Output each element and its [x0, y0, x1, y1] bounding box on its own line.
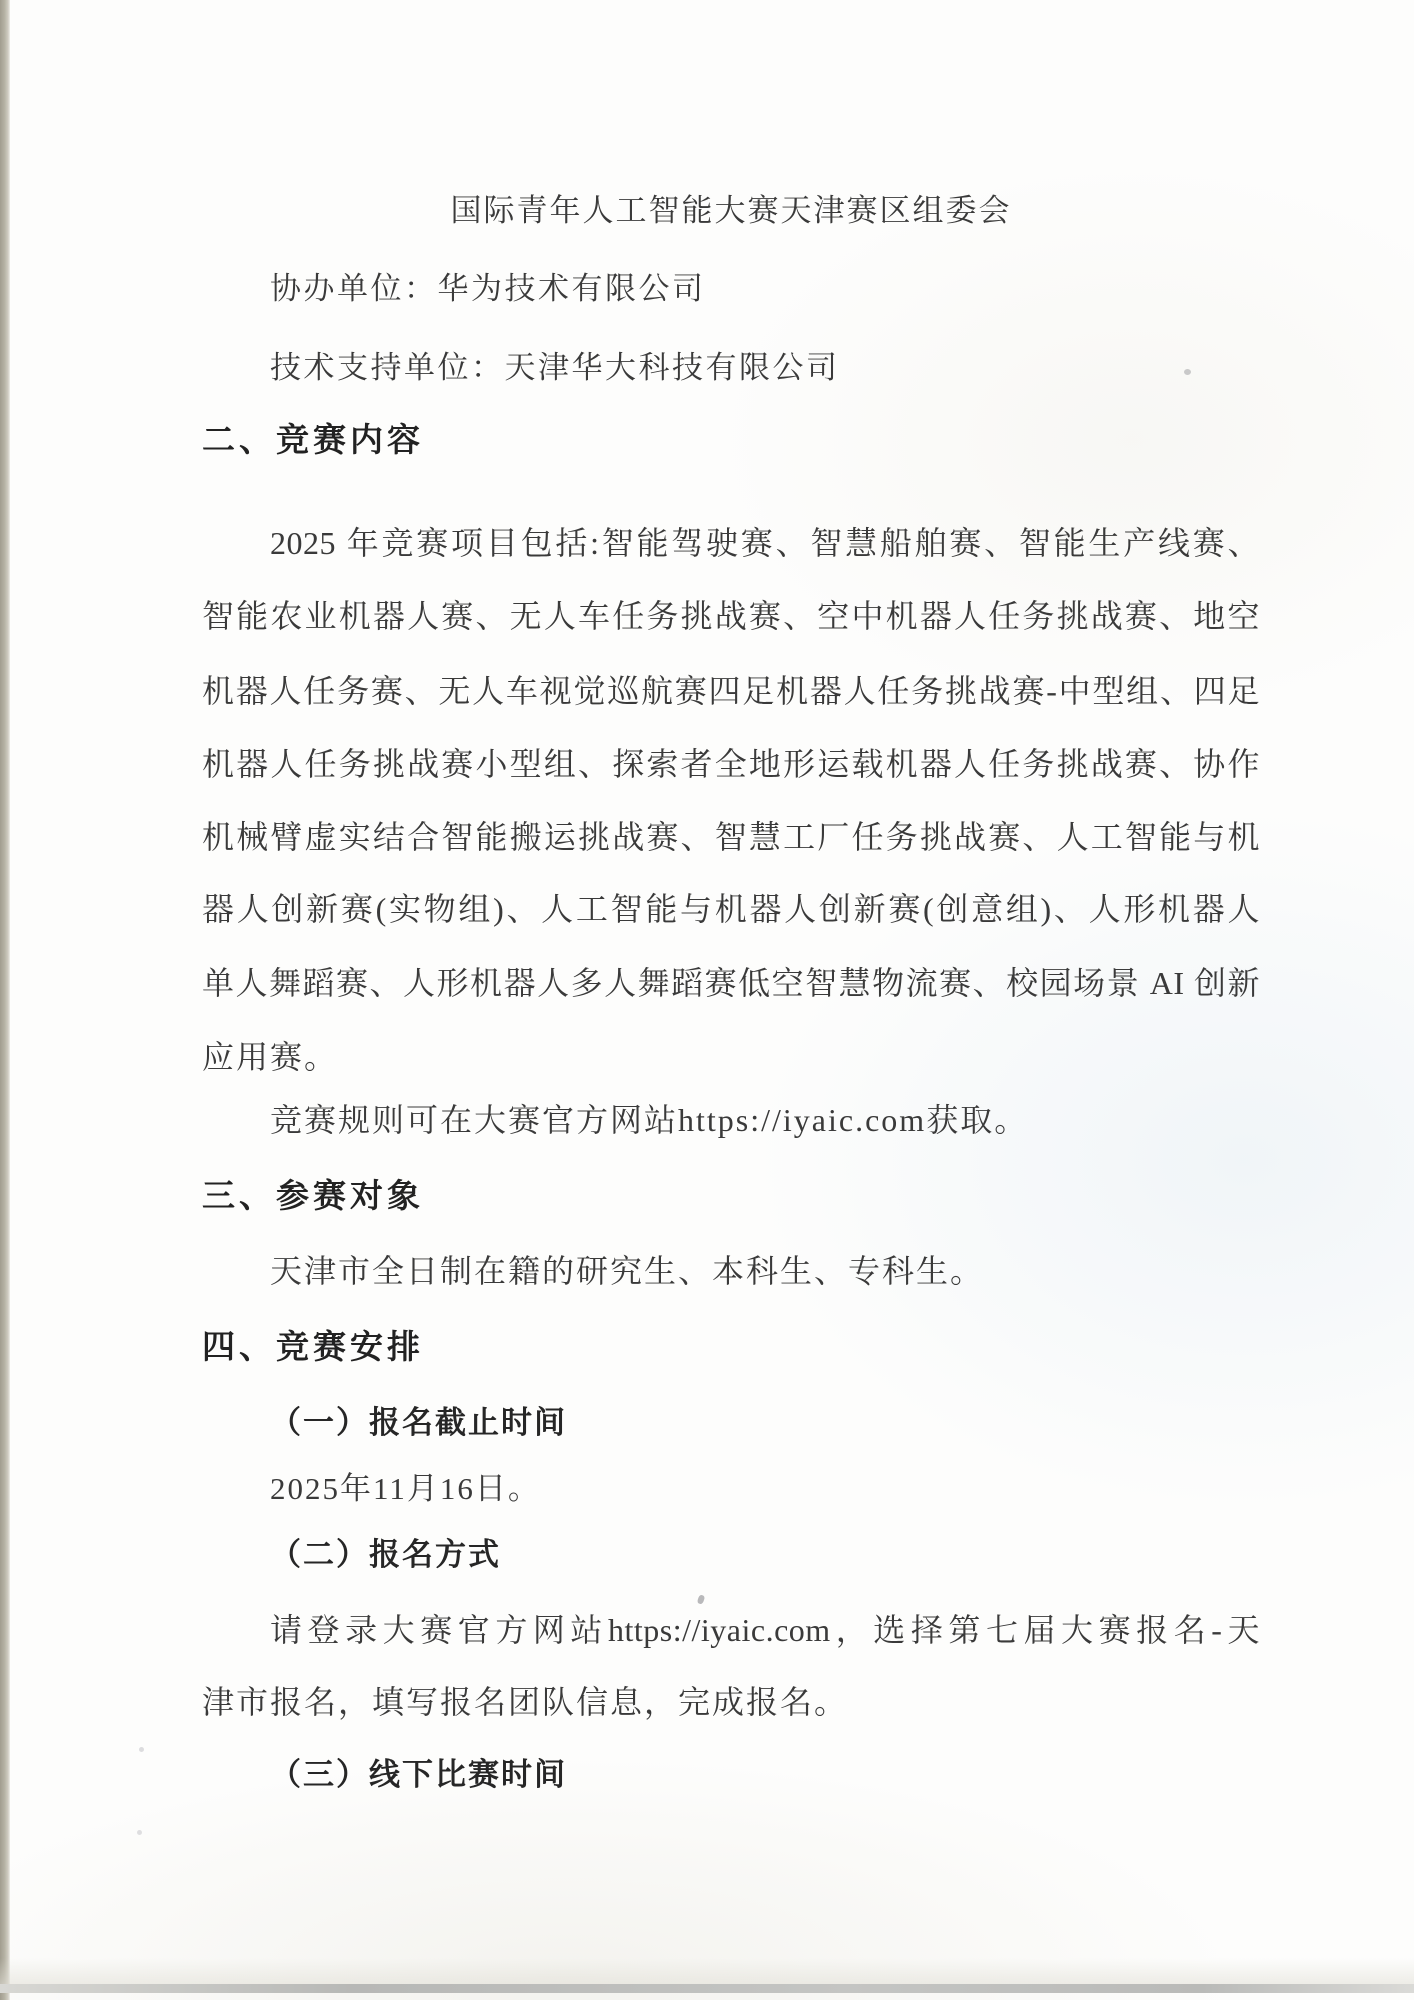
co-organizer-line: 协办单位：华为技术有限公司: [270, 267, 706, 311]
scanned-document-page: 国际青年人工智能大赛天津赛区组委会 协办单位：华为技术有限公司 技术支持单位：天…: [0, 0, 1414, 2000]
scan-bottom-band: [0, 1984, 1414, 1993]
section-3-body: 天津市全日制在籍的研究生、本科生、专科生。: [270, 1249, 984, 1293]
paragraph-line: 应用赛。: [202, 1035, 338, 1079]
section-3-heading: 三、参赛对象: [202, 1174, 424, 1218]
section-2-heading: 二、竞赛内容: [202, 418, 424, 462]
organizing-committee-line: 国际青年人工智能大赛天津赛区组委会: [202, 189, 1260, 233]
sub-2-body-line: 请登录大赛官方网站https://iyaic.com，选择第七届大赛报名-天: [202, 1608, 1260, 1652]
section-4-heading: 四、竞赛安排: [202, 1325, 424, 1369]
sub-2-body-line: 津市报名，填写报名团队信息，完成报名。: [202, 1680, 848, 1724]
paragraph-line: 单人舞蹈赛、人形机器人多人舞蹈赛低空智慧物流赛、校园场景 AI 创新: [202, 961, 1260, 1005]
scan-speck: [139, 1747, 144, 1752]
scan-left-edge: [0, 0, 10, 2000]
sub-3-heading: （三）线下比赛时间: [270, 1753, 567, 1797]
tech-support-line: 技术支持单位：天津华大科技有限公司: [270, 346, 840, 390]
paragraph-line: 机器人任务挑战赛小型组、探索者全地形运载机器人任务挑战赛、协作: [202, 742, 1260, 786]
paragraph-line: 器人创新赛(实物组)、人工智能与机器人创新赛(创意组)、人形机器人: [202, 887, 1260, 931]
scan-speck: [697, 1594, 706, 1605]
paragraph-line: 机械臂虚实结合智能搬运挑战赛、智慧工厂任务挑战赛、人工智能与机: [202, 815, 1260, 859]
paragraph-line: 机器人任务赛、无人车视觉巡航赛四足机器人任务挑战赛-中型组、四足: [202, 669, 1260, 713]
scan-speck: [137, 1830, 142, 1835]
scan-speck: [1184, 369, 1191, 375]
paragraph-line: 智能农业机器人赛、无人车任务挑战赛、空中机器人任务挑战赛、地空: [202, 594, 1260, 638]
sub-1-body: 2025年11月16日。: [270, 1467, 541, 1511]
scan-bottom-shadow: [0, 1958, 1414, 1984]
sub-2-heading: （二）报名方式: [270, 1533, 501, 1577]
paragraph-line: 2025 年竞赛项目包括:智能驾驶赛、智慧船舶赛、智能生产线赛、: [202, 521, 1260, 565]
rules-url-line: 竞赛规则可在大赛官方网站https://iyaic.com获取。: [270, 1098, 1028, 1142]
sub-1-heading: （一）报名截止时间: [270, 1401, 567, 1445]
